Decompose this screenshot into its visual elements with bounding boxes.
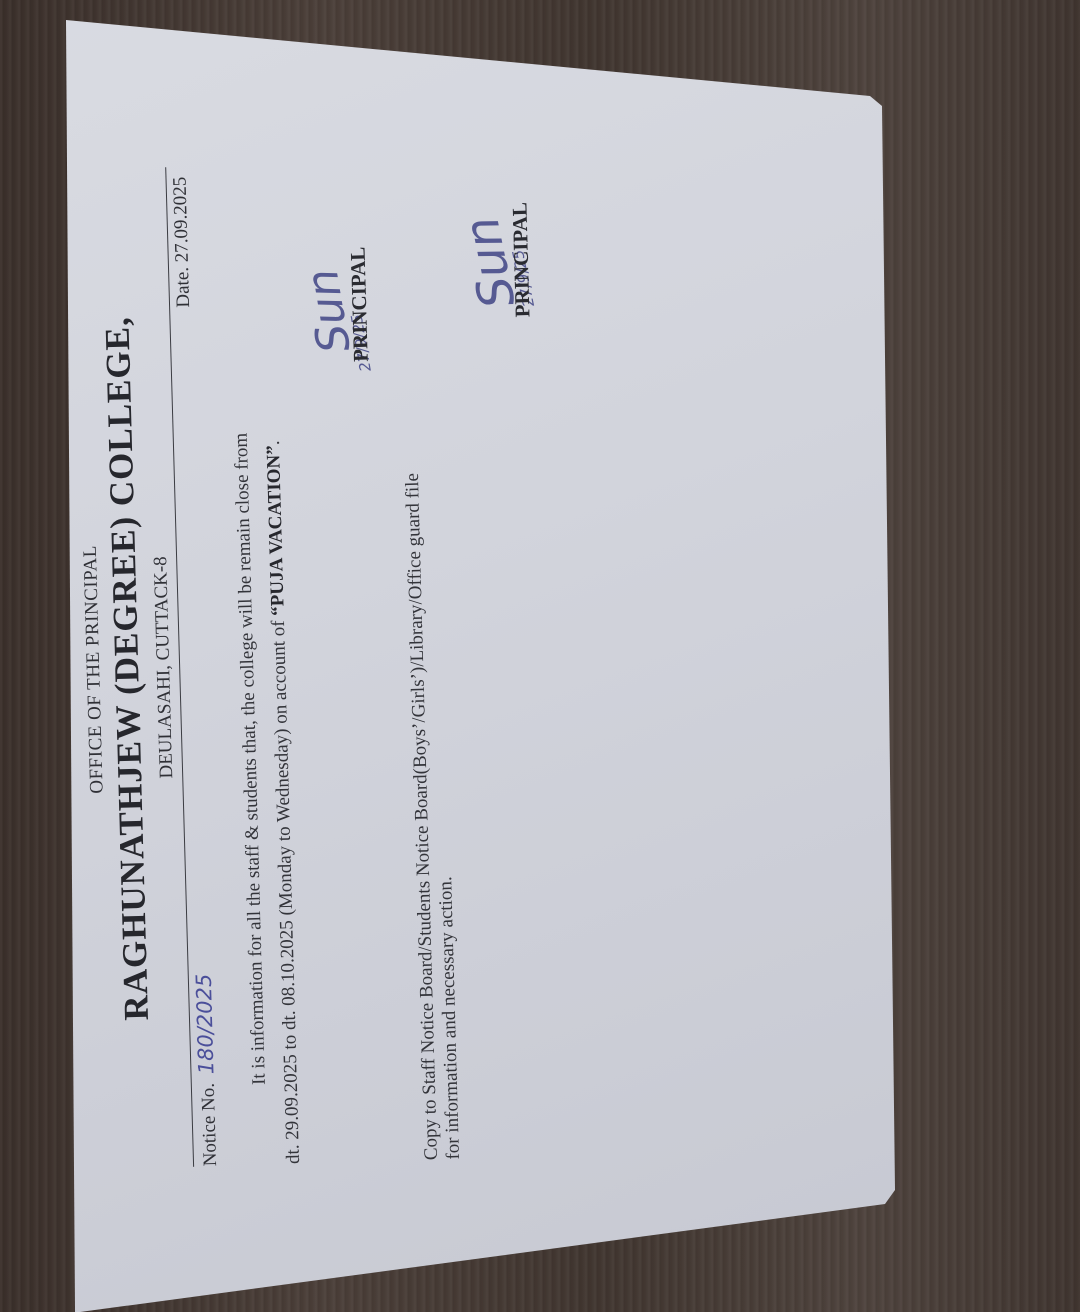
notice-number-label: Notice No.	[198, 1083, 221, 1167]
body-line-2-text: dt. 29.09.2025 to dt. 08.10.2025 (Monday…	[268, 615, 304, 1164]
notice-number-value: 180/2025	[192, 973, 219, 1074]
body-line-2-end: .	[263, 440, 284, 445]
notice-document: OFFICE OF THE PRINCIPAL RAGHUNATHJEW (DE…	[50, 119, 839, 1200]
signatory-title-2: PRINCIPAL	[507, 202, 535, 318]
notice-number: Notice No. 180/2025	[192, 973, 222, 1166]
signatory-title-1: PRINCIPAL	[345, 246, 373, 362]
vacation-name: “PUJA VACATION”	[263, 445, 289, 616]
notice-date: Date. 27.09.2025	[169, 176, 195, 307]
copy-to-line-1: Copy to Staff Notice Board/Students Noti…	[402, 473, 443, 1161]
